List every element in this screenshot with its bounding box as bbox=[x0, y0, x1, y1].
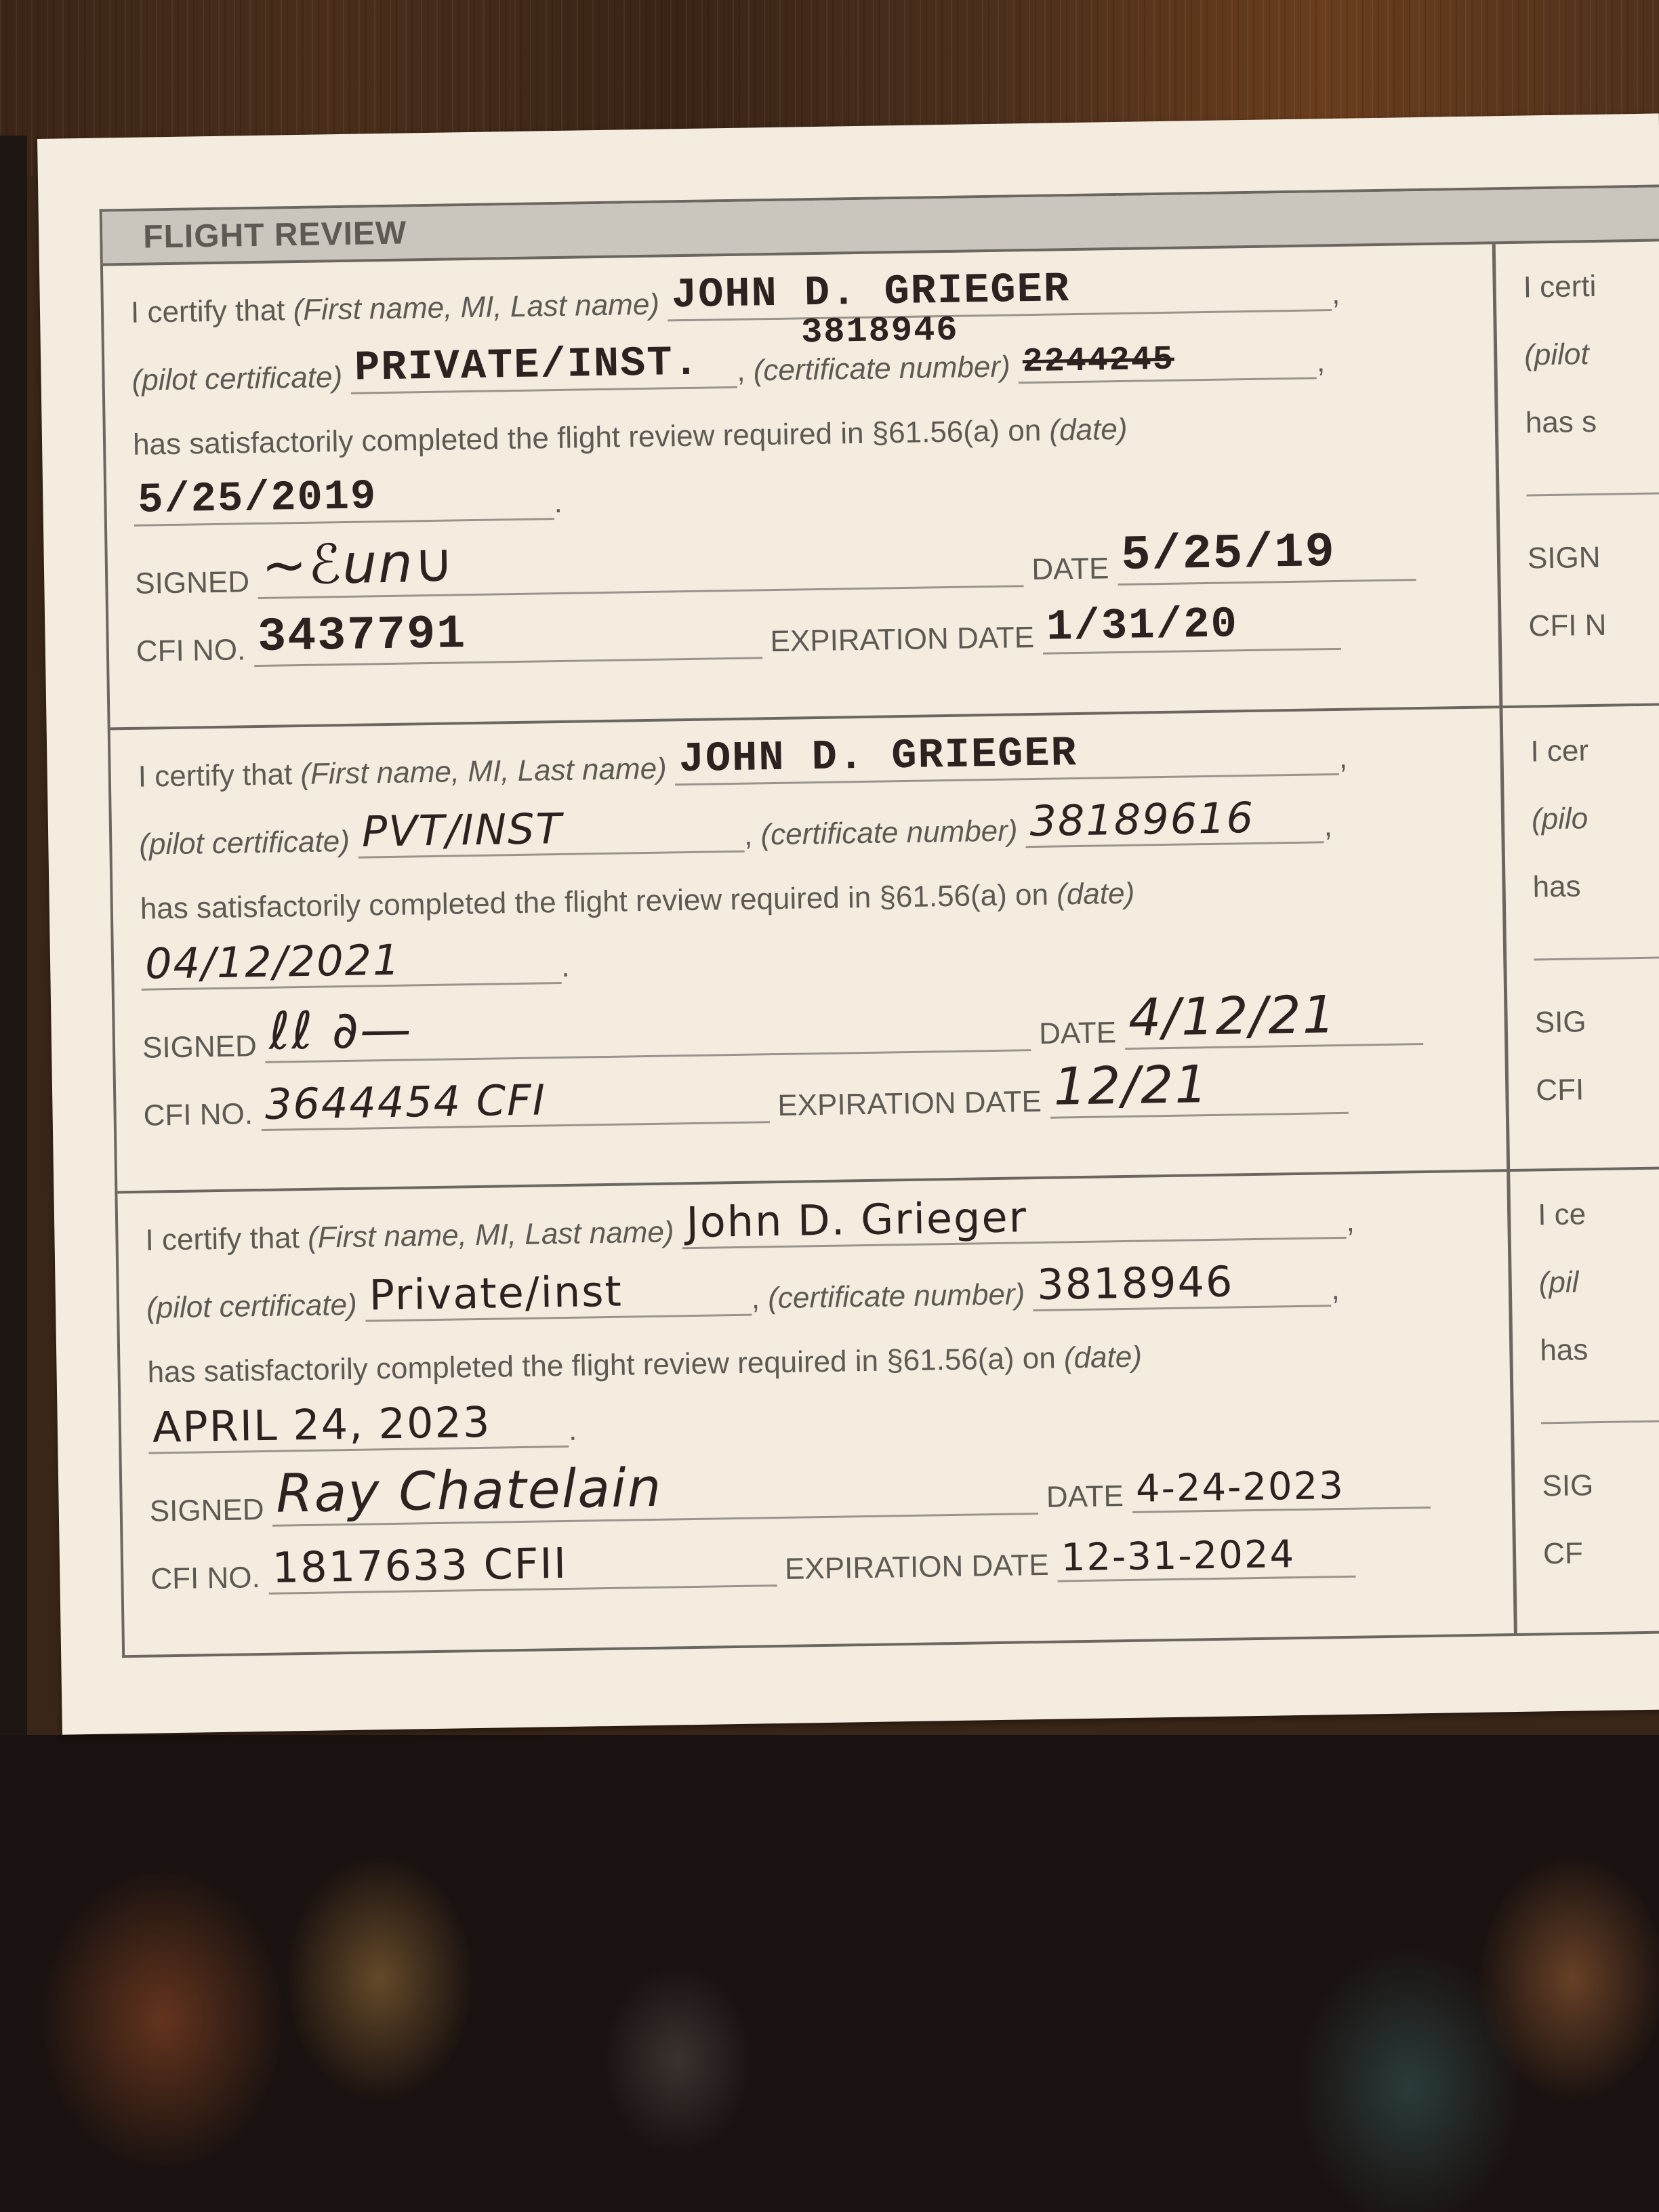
pilot-certificate-field[interactable]: PRIVATE/INST. bbox=[350, 351, 737, 394]
completed-label: has satisfactorily completed the flight … bbox=[147, 1342, 1056, 1389]
expiration-label: EXPIRATION DATE bbox=[777, 1085, 1042, 1122]
pilot-certificate-field[interactable]: PVT/INST bbox=[358, 815, 745, 858]
side-text: SIGN bbox=[1528, 541, 1601, 576]
date-hint: (date) bbox=[1064, 1340, 1143, 1375]
cfi-no-label: CFI NO. bbox=[136, 633, 246, 668]
side-text: I ce bbox=[1538, 1198, 1586, 1233]
pilot-name-value: John D. Grieger bbox=[686, 1193, 1028, 1248]
review-date-value: 04/12/2021 bbox=[145, 935, 401, 988]
cert-number-label: (certificate number) bbox=[760, 814, 1018, 851]
side-field-line bbox=[1541, 1420, 1659, 1425]
expiration-date-value: 12-31-2024 bbox=[1061, 1532, 1295, 1580]
certificate-number-field[interactable]: 3818946 bbox=[1033, 1270, 1332, 1312]
expiration-date-field[interactable]: 12-31-2024 bbox=[1057, 1540, 1355, 1582]
side-text: (pil bbox=[1538, 1266, 1578, 1300]
cfi-signature: ~ℰun∪ bbox=[261, 531, 455, 596]
sign-date-field[interactable]: 4-24-2023 bbox=[1132, 1471, 1431, 1513]
side-field-line bbox=[1534, 956, 1659, 960]
cert-number-label: (certificate number) bbox=[768, 1278, 1025, 1315]
signature-field[interactable]: ~ℰun∪ bbox=[258, 550, 1024, 599]
review-date-field[interactable]: APRIL 24, 2023 bbox=[148, 1410, 569, 1454]
signed-label: SIGNED bbox=[135, 565, 249, 600]
sign-date-value: 5/25/19 bbox=[1121, 525, 1336, 583]
certificate-number-value: 3818946 bbox=[801, 310, 959, 353]
cfi-number-value: 1817633 CFII bbox=[272, 1538, 567, 1593]
review-date-field[interactable]: 5/25/2019 bbox=[134, 483, 554, 527]
sign-date-value: 4/12/21 bbox=[1128, 984, 1336, 1048]
side-text: SIG bbox=[1534, 1005, 1586, 1040]
review-date-value: 5/25/2019 bbox=[138, 472, 377, 525]
side-text: has s bbox=[1525, 405, 1597, 441]
pilot-name-value: JOHN D. GRIEGER bbox=[678, 729, 1078, 783]
cfi-no-label: CFI NO. bbox=[150, 1561, 260, 1596]
name-hint: (First name, MI, Last name) bbox=[308, 1216, 674, 1254]
completed-label: has satisfactorily completed the flight … bbox=[140, 878, 1048, 925]
sign-date-field[interactable]: 5/25/19 bbox=[1117, 544, 1416, 586]
side-entry-1: I certi (pilot has s SIGN CFI N bbox=[1496, 241, 1659, 708]
pilot-cert-label: (pilot certificate) bbox=[146, 1288, 357, 1325]
cfi-number-field[interactable]: 3437791 bbox=[253, 621, 762, 667]
expiration-date-field[interactable]: 12/21 bbox=[1050, 1076, 1349, 1118]
logbook-page: FLIGHT REVIEW I certify that (First name… bbox=[37, 113, 1659, 1734]
side-text: CF bbox=[1543, 1537, 1583, 1572]
side-field-line bbox=[1527, 492, 1659, 496]
certify-label: I certify that bbox=[138, 758, 292, 794]
date-hint: (date) bbox=[1049, 413, 1128, 447]
date-hint: (date) bbox=[1057, 876, 1135, 911]
side-text: has bbox=[1540, 1334, 1589, 1368]
expiration-date-value: 12/21 bbox=[1053, 1054, 1209, 1117]
name-hint: (First name, MI, Last name) bbox=[300, 752, 667, 790]
cfi-number-field[interactable]: 3644454 CFI bbox=[261, 1086, 770, 1131]
expiration-label: EXPIRATION DATE bbox=[770, 621, 1034, 658]
side-text: I certi bbox=[1523, 270, 1596, 305]
flight-review-entry-2: I certify that (First name, MI, Last nam… bbox=[110, 708, 1507, 1194]
sign-date-value: 4-24-2023 bbox=[1135, 1464, 1345, 1511]
pilot-certificate-value: PVT/INST bbox=[361, 804, 563, 857]
certificate-number-field[interactable]: 22442453818946 bbox=[1018, 342, 1317, 384]
flight-review-entry-3: I certify that (First name, MI, Last nam… bbox=[117, 1172, 1513, 1655]
side-entry-2: I cer (pilo has SIG CFI bbox=[1502, 704, 1659, 1172]
cert-number-label: (certificate number) bbox=[753, 350, 1010, 387]
certificate-number-value: 3818946 bbox=[1037, 1257, 1234, 1310]
pilot-cert-label: (pilot certificate) bbox=[139, 825, 350, 861]
cfi-number-field[interactable]: 1817633 CFII bbox=[268, 1549, 777, 1595]
signed-label: SIGNED bbox=[149, 1493, 264, 1528]
certify-label: I certify that bbox=[131, 293, 285, 329]
pilot-certificate-field[interactable]: Private/inst bbox=[365, 1279, 752, 1322]
completed-label: has satisfactorily completed the flight … bbox=[133, 414, 1042, 462]
cfi-no-label: CFI NO. bbox=[143, 1097, 253, 1132]
expiration-date-field[interactable]: 1/31/20 bbox=[1042, 613, 1341, 655]
date-label: DATE bbox=[1046, 1479, 1124, 1514]
date-label: DATE bbox=[1039, 1016, 1117, 1050]
side-text: SIG bbox=[1542, 1469, 1594, 1504]
pilot-name-field[interactable]: JOHN D. GRIEGER bbox=[674, 738, 1339, 785]
cfi-signature: ℓℓ ∂— bbox=[268, 998, 413, 1061]
cfi-signature: Ray Chatelain bbox=[276, 1458, 663, 1525]
pilot-name-field[interactable]: JOHN D. GRIEGER bbox=[668, 274, 1332, 321]
side-text: (pilo bbox=[1532, 802, 1589, 836]
signature-field[interactable]: Ray Chatelain bbox=[272, 1477, 1038, 1527]
side-text: (pilot bbox=[1524, 337, 1589, 372]
side-column-partial: I certi (pilot has s SIGN CFI N I cer (p… bbox=[1496, 241, 1659, 1633]
pilot-certificate-value: PRIVATE/INST. bbox=[354, 339, 701, 392]
binder-edge bbox=[0, 136, 27, 1762]
certify-label: I certify that bbox=[145, 1221, 300, 1257]
side-text: has bbox=[1532, 869, 1581, 904]
date-label: DATE bbox=[1031, 552, 1109, 586]
pilot-certificate-value: Private/inst bbox=[369, 1267, 623, 1320]
side-text: CFI bbox=[1536, 1073, 1584, 1107]
flight-review-entry-1: I certify that (First name, MI, Last nam… bbox=[103, 244, 1500, 730]
side-text: I cer bbox=[1530, 734, 1589, 769]
review-date-value: APRIL 24, 2023 bbox=[152, 1397, 491, 1452]
flight-review-form: FLIGHT REVIEW I certify that (First name… bbox=[100, 184, 1659, 1658]
certificate-number-struck-value: 2244245 bbox=[1022, 341, 1174, 382]
expiration-label: EXPIRATION DATE bbox=[785, 1549, 1049, 1586]
patterned-rug-background bbox=[0, 1735, 1659, 2212]
main-column: I certify that (First name, MI, Last nam… bbox=[103, 244, 1517, 1655]
pilot-name-field[interactable]: John D. Grieger bbox=[682, 1202, 1347, 1249]
side-text: CFI N bbox=[1528, 609, 1607, 644]
signature-field[interactable]: ℓℓ ∂— bbox=[265, 1014, 1031, 1063]
sign-date-field[interactable]: 4/12/21 bbox=[1124, 1008, 1423, 1050]
expiration-date-value: 1/31/20 bbox=[1046, 600, 1239, 652]
certificate-number-value: 38189616 bbox=[1029, 793, 1255, 846]
certificate-number-field[interactable]: 38189616 bbox=[1025, 806, 1324, 848]
cfi-number-value: 3644454 CFI bbox=[264, 1075, 546, 1129]
side-entry-3: I ce (pil has SIG CF bbox=[1510, 1168, 1659, 1633]
review-date-field[interactable]: 04/12/2021 bbox=[141, 947, 562, 991]
name-hint: (First name, MI, Last name) bbox=[293, 288, 659, 327]
signed-label: SIGNED bbox=[142, 1029, 257, 1065]
cfi-number-value: 3437791 bbox=[258, 608, 467, 665]
pilot-cert-label: (pilot certificate) bbox=[131, 361, 342, 397]
